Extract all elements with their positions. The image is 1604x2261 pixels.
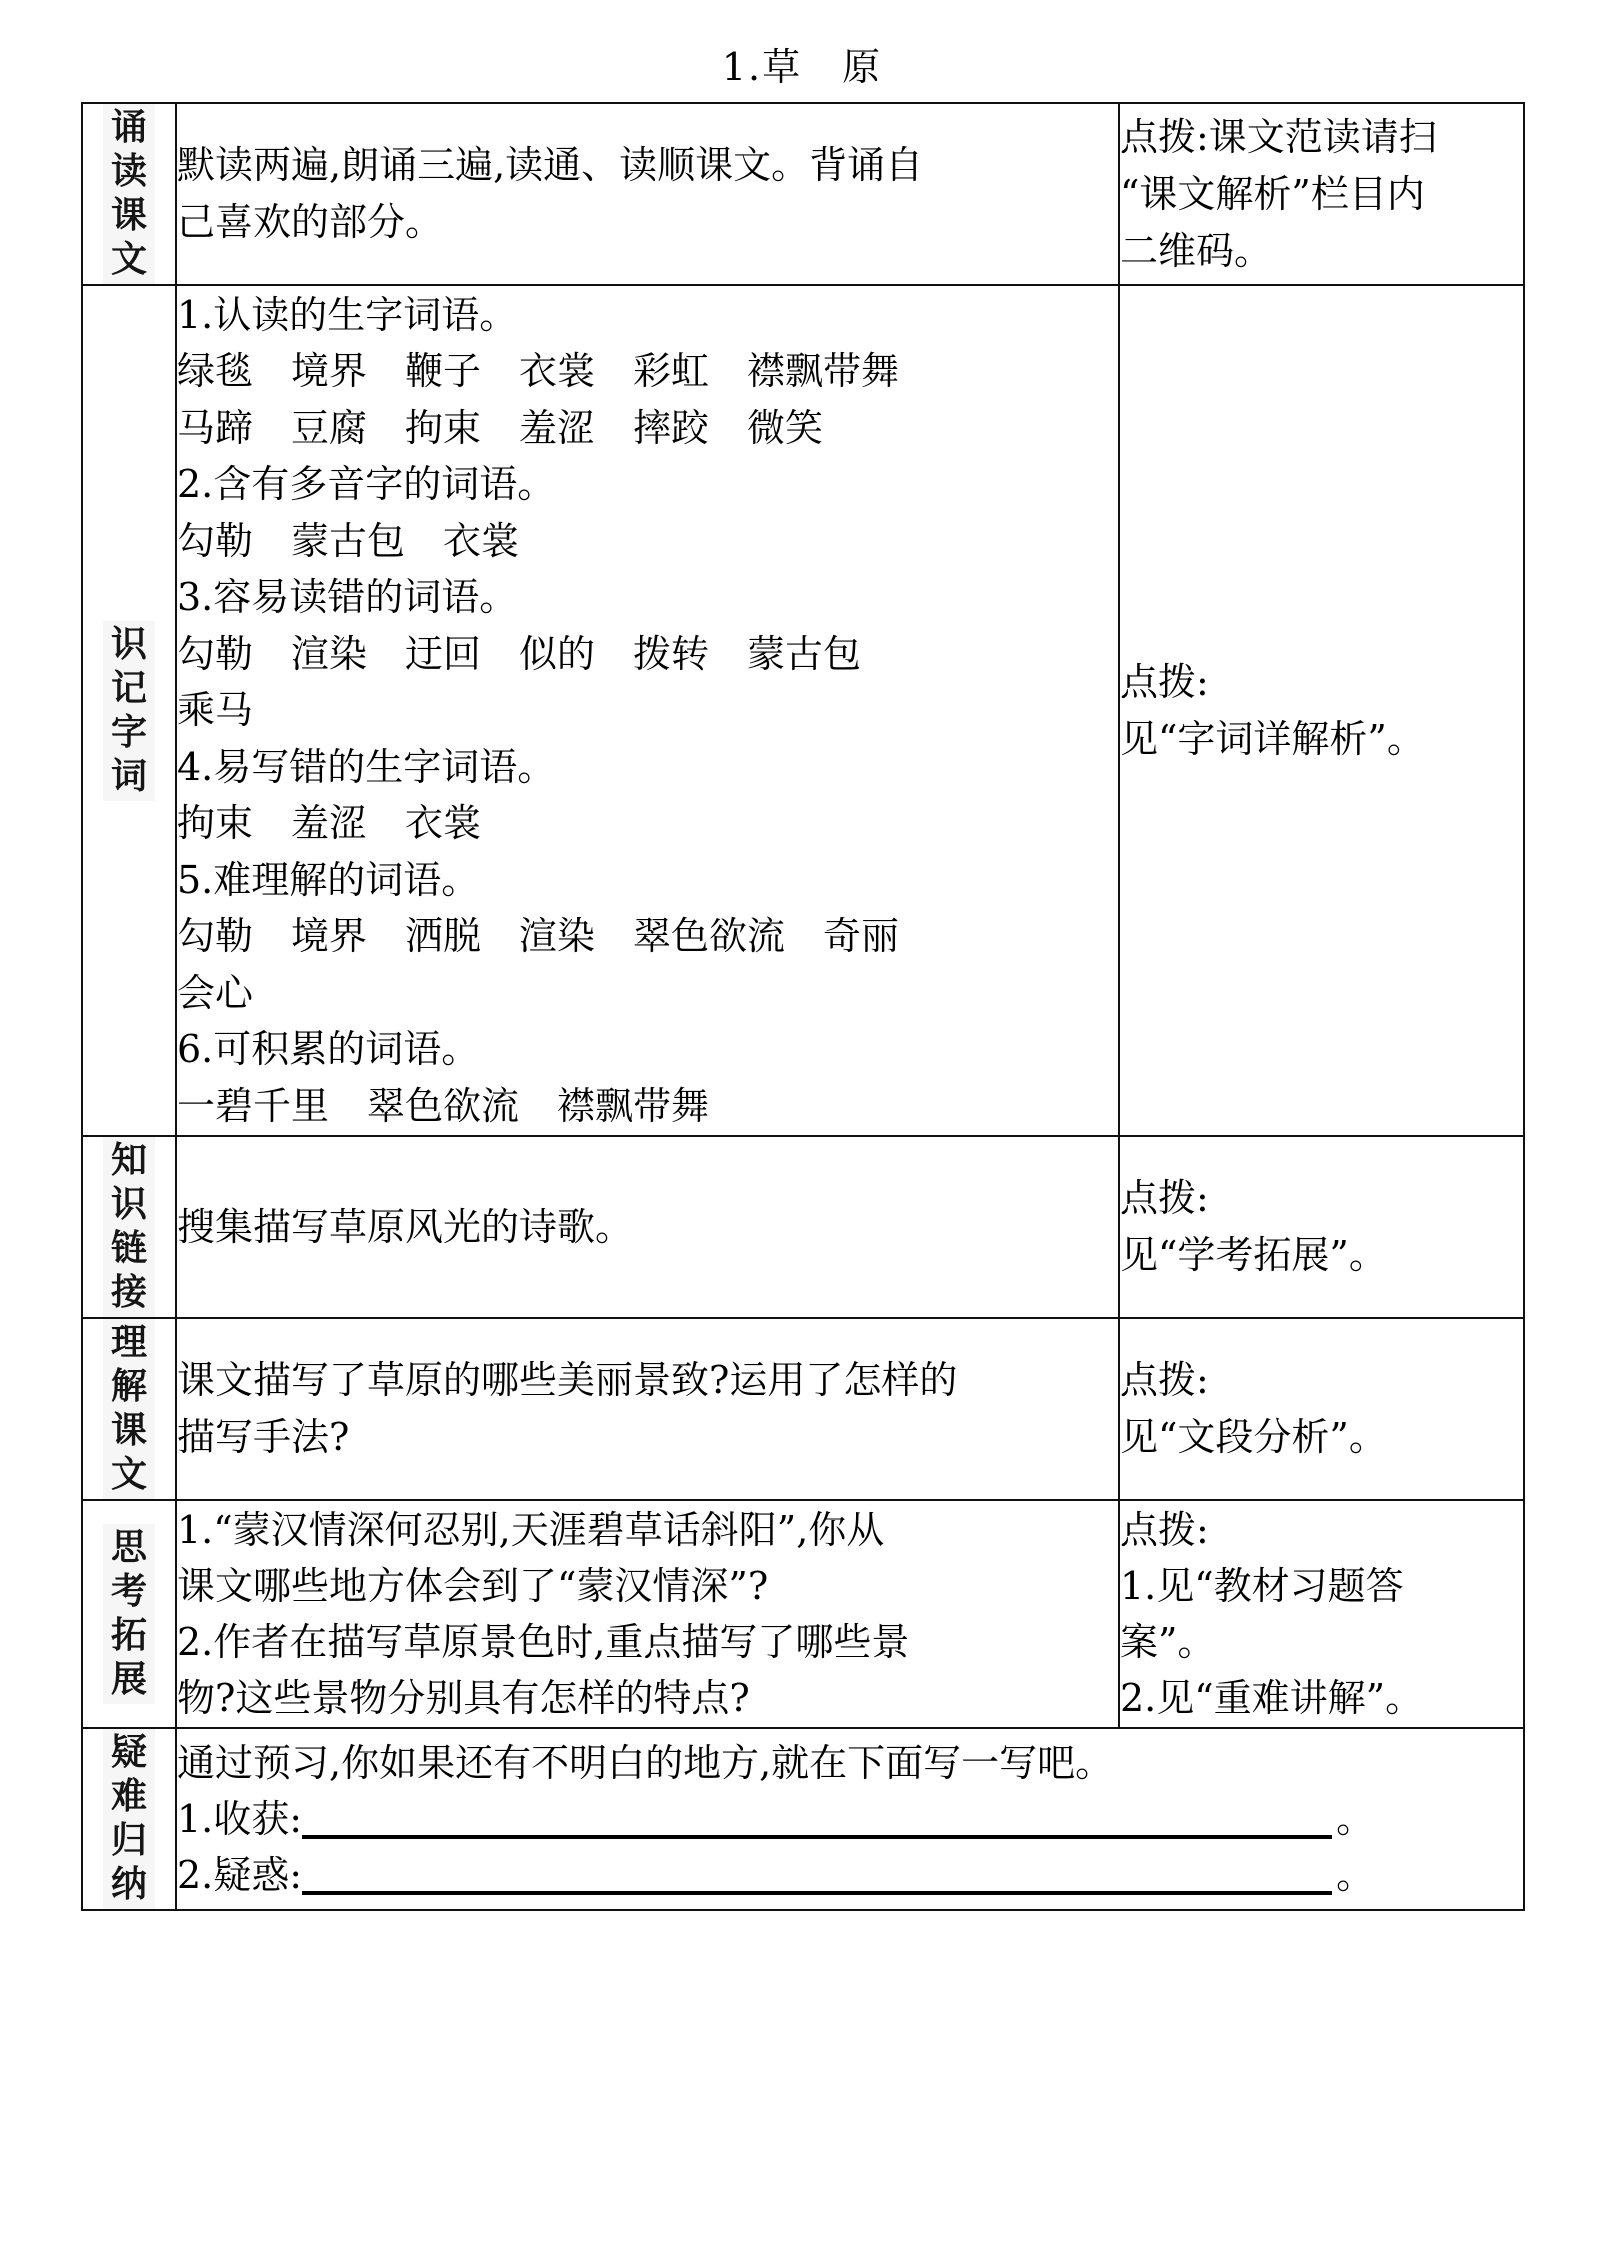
content-line: 课文哪些地方体会到了“蒙汉情深”?: [177, 1558, 1118, 1614]
period-mark: 。: [1336, 1847, 1374, 1903]
content-line: 4.易写错的生字词语。: [177, 739, 1118, 796]
hint-line: 点拨:课文范读请扫: [1120, 109, 1523, 166]
doubts-input[interactable]: [302, 1851, 1332, 1895]
vocab-line: 乘马: [177, 682, 1118, 739]
gains-label: 1.收获:: [177, 1791, 302, 1847]
hint-line: 点拨:: [1120, 1502, 1523, 1558]
vocab-line: 勾勒 境界 洒脱 渲染 翠色欲流 奇丽: [177, 908, 1118, 965]
row-recite-text: 诵读课文 默读两遍,朗诵三遍,读通、读顺课文。背诵自 己喜欢的部分。 点拨:课文…: [82, 103, 1524, 285]
section-content: 1.“蒙汉情深何忍别,天涯碧草话斜阳”,你从 课文哪些地方体会到了“蒙汉情深”?…: [176, 1500, 1119, 1728]
hint-line: 点拨:: [1120, 1170, 1523, 1227]
hint-line: 见“字词详解析”。: [1120, 711, 1523, 768]
hint-line: 点拨:: [1120, 654, 1523, 711]
section-label: 诵读课文: [82, 103, 176, 285]
content-line: 6.可积累的词语。: [177, 1021, 1118, 1078]
content-line: 物?这些景物分别具有怎样的特点?: [177, 1670, 1118, 1726]
section-label: 疑难归纳: [82, 1728, 176, 1910]
section-content: 通过预习,你如果还有不明白的地方,就在下面写一写吧。 1.收获:。 2.疑惑:。: [176, 1728, 1524, 1910]
content-line: 通过预习,你如果还有不明白的地方,就在下面写一写吧。: [177, 1735, 1523, 1791]
section-content: 1.认读的生字词语。 绿毯 境界 鞭子 衣裳 彩虹 襟飘带舞 马蹄 豆腐 拘束 …: [176, 285, 1119, 1136]
vocab-line: 马蹄 豆腐 拘束 羞涩 摔跤 微笑: [177, 400, 1118, 457]
content-line: 2.含有多音字的词语。: [177, 456, 1118, 513]
vocab-line: 一碧千里 翠色欲流 襟飘带舞: [177, 1078, 1118, 1135]
content-line: 5.难理解的词语。: [177, 852, 1118, 909]
preview-worksheet-table: 诵读课文 默读两遍,朗诵三遍,读通、读顺课文。背诵自 己喜欢的部分。 点拨:课文…: [81, 102, 1525, 1911]
hint-line: 案”。: [1120, 1614, 1523, 1670]
content-line: 搜集描写草原风光的诗歌。: [177, 1199, 1118, 1256]
hint-line: 1.见“教材习题答: [1120, 1558, 1523, 1614]
hint-line: 见“文段分析”。: [1120, 1409, 1523, 1466]
hint-line: 2.见“重难讲解”。: [1120, 1670, 1523, 1726]
row-understand-text: 理解课文 课文描写了草原的哪些美丽景致?运用了怎样的 描写手法? 点拨: 见“文…: [82, 1318, 1524, 1500]
content-line: 2.作者在描写草原景色时,重点描写了哪些景: [177, 1614, 1118, 1670]
section-label: 思考拓展: [82, 1500, 176, 1728]
doubts-label: 2.疑惑:: [177, 1847, 302, 1903]
vocab-line: 勾勒 蒙古包 衣裳: [177, 513, 1118, 570]
gains-input[interactable]: [302, 1795, 1332, 1839]
hint-line: 点拨:: [1120, 1352, 1523, 1409]
content-line: 3.容易读错的词语。: [177, 569, 1118, 626]
section-label: 知识链接: [82, 1136, 176, 1318]
content-line: 1.“蒙汉情深何忍别,天涯碧草话斜阳”,你从: [177, 1502, 1118, 1558]
period-mark: 。: [1336, 1791, 1374, 1847]
content-line: 描写手法?: [177, 1409, 1118, 1466]
hint-line: 见“学考拓展”。: [1120, 1227, 1523, 1284]
hint-line: “课文解析”栏目内: [1120, 166, 1523, 223]
content-line: 1.认读的生字词语。: [177, 287, 1118, 344]
hint-cell: 点拨:课文范读请扫 “课文解析”栏目内 二维码。: [1119, 103, 1524, 285]
row-think-extend: 思考拓展 1.“蒙汉情深何忍别,天涯碧草话斜阳”,你从 课文哪些地方体会到了“蒙…: [82, 1500, 1524, 1728]
vocab-line: 拘束 羞涩 衣裳: [177, 795, 1118, 852]
section-content: 课文描写了草原的哪些美丽景致?运用了怎样的 描写手法?: [176, 1318, 1119, 1500]
vocab-line: 勾勒 渲染 迂回 似的 拨转 蒙古包: [177, 626, 1118, 683]
vocab-line: 绿毯 境界 鞭子 衣裳 彩虹 襟飘带舞: [177, 343, 1118, 400]
gains-field-row: 1.收获:。: [177, 1791, 1523, 1847]
hint-cell: 点拨: 1.见“教材习题答 案”。 2.见“重难讲解”。: [1119, 1500, 1524, 1728]
row-vocabulary: 识记字词 1.认读的生字词语。 绿毯 境界 鞭子 衣裳 彩虹 襟飘带舞 马蹄 豆…: [82, 285, 1524, 1136]
section-content: 默读两遍,朗诵三遍,读通、读顺课文。背诵自 己喜欢的部分。: [176, 103, 1119, 285]
hint-line: 二维码。: [1120, 223, 1523, 280]
content-line: 课文描写了草原的哪些美丽景致?运用了怎样的: [177, 1352, 1118, 1409]
hint-cell: 点拨: 见“学考拓展”。: [1119, 1136, 1524, 1318]
doubts-field-row: 2.疑惑:。: [177, 1847, 1523, 1903]
section-content: 搜集描写草原风光的诗歌。: [176, 1136, 1119, 1318]
row-knowledge-link: 知识链接 搜集描写草原风光的诗歌。 点拨: 见“学考拓展”。: [82, 1136, 1524, 1318]
hint-cell: 点拨: 见“文段分析”。: [1119, 1318, 1524, 1500]
section-label: 识记字词: [82, 285, 176, 1136]
content-line: 默读两遍,朗诵三遍,读通、读顺课文。背诵自: [177, 137, 1118, 194]
row-questions-summary: 疑难归纳 通过预习,你如果还有不明白的地方,就在下面写一写吧。 1.收获:。 2…: [82, 1728, 1524, 1910]
content-line: 己喜欢的部分。: [177, 194, 1118, 251]
vocab-line: 会心: [177, 965, 1118, 1022]
section-label: 理解课文: [82, 1318, 176, 1500]
page-title: 1.草 原: [0, 44, 1604, 90]
hint-cell: 点拨: 见“字词详解析”。: [1119, 285, 1524, 1136]
